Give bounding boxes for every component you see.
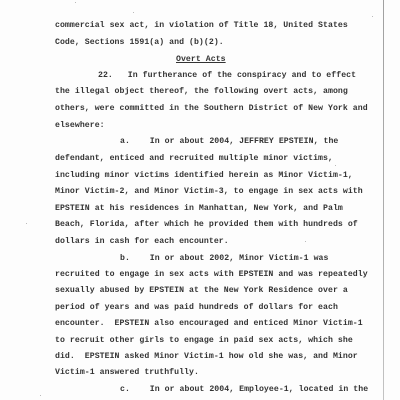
text-line: Victim-1 answered truthfully.	[55, 368, 199, 378]
text-line: including minor victims identified herei…	[55, 171, 353, 181]
text-line: commercial sex act, in violation of Titl…	[55, 21, 348, 31]
text-line: sexually abused by EPSTEIN at the New Yo…	[55, 286, 348, 296]
text-line: EPSTEIN at his residences in Manhattan, …	[55, 204, 343, 214]
scan-speck	[133, 12, 134, 13]
text-line: elsewhere:	[55, 121, 105, 131]
page-edge-divider	[383, 0, 384, 400]
text-line: Code, Sections 1591(a) and (b)(2).	[55, 38, 224, 48]
scan-speck	[40, 395, 41, 396]
text-line: dollars in cash for each encounter.	[55, 237, 229, 247]
text-line: period of years and was paid hundreds of…	[55, 303, 338, 313]
text-line: recruited to engage in sex acts with EPS…	[55, 270, 368, 280]
text-line: others, were committed in the Southern D…	[55, 104, 368, 114]
text-line: Beach, Florida, after which he provided …	[55, 220, 358, 230]
paragraph-22-start: 22. In furtherance of the conspiracy and…	[98, 71, 356, 81]
paragraph-a-start: a. In or about 2004, JEFFREY EPSTEIN, th…	[120, 137, 338, 147]
scan-speck	[26, 223, 27, 224]
scan-speck	[335, 165, 336, 166]
scan-speck	[75, 2, 76, 3]
text-line: Minor Victim-2, and Minor Victim-3, to e…	[55, 187, 363, 197]
text-line: did. EPSTEIN asked Minor Victim-1 how ol…	[55, 352, 358, 362]
scan-speck	[372, 16, 373, 17]
text-line: the illegal object thereof, the followin…	[55, 87, 348, 97]
text-line: to recruit other girls to engage in paid…	[55, 336, 353, 346]
document-page: commercial sex act, in violation of Titl…	[0, 0, 400, 400]
text-line: defendant, enticed and recruited multipl…	[55, 154, 333, 164]
text-line: encounter. EPSTEIN also encouraged and e…	[55, 319, 363, 329]
section-heading-overt-acts: Overt Acts	[176, 55, 226, 65]
paragraph-b-start: b. In or about 2002, Minor Victim-1 was	[120, 254, 328, 264]
paragraph-c-start: c. In or about 2004, Employee-1, located…	[120, 385, 368, 395]
scan-speck	[305, 241, 306, 242]
